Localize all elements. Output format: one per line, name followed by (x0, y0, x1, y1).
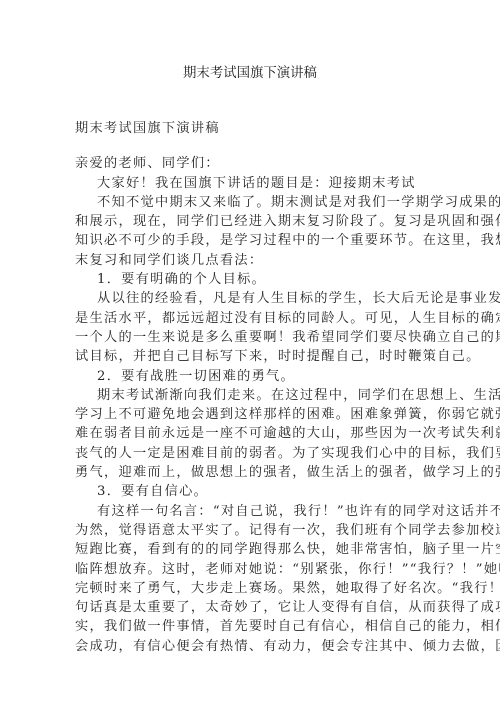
paragraph-line: 学习上不可避免地会遇到这样那样的困难。困难象弹簧，你弱它就强。困 (75, 405, 424, 424)
paragraph-line: 和展示，现在，同学们已经进入期末复习阶段了。复习是巩固和强化所学 (75, 212, 424, 231)
subtitle-line: 期末考试国旗下演讲稿 (75, 119, 424, 138)
paragraph-line: 短跑比赛，看到有的的同学跑得那么快，她非常害怕，脑子里一片空白， (75, 540, 424, 559)
paragraph-line: 临阵想放弃。这时，老师对她说：“别紧张，你行！”“我行？！”她听 (75, 560, 424, 579)
document-title: 期末考试国旗下演讲稿 (0, 65, 500, 83)
paragraph-line: 句话真是太重要了，太奇妙了，它让人变得有自信，从而获得了成功。其 (75, 598, 424, 617)
paragraph-line: 实，我们做一件事情，首先要时自己有信心，相信自己的能力，相信自己 (75, 617, 424, 636)
paragraph-line: 完顿时来了勇气，大步走上赛场。果然，她取得了好名次。“我行！”这 (75, 579, 424, 598)
salutation-line: 亲爱的老师、同学们： (75, 154, 424, 173)
paragraph-line: 试目标，并把自己目标写下来，时时提醒自己，时时鞭策自己。 (75, 347, 424, 366)
paragraph-line: 是生活水平，都远远超过没有目标的同龄人。可见，人生目标的确定，对 (75, 309, 424, 328)
paragraph-line: 勇气，迎难而上，做思想上的强者，做生活上的强者，做学习上的强者。 (75, 463, 424, 482)
document-body: 期末考试国旗下演讲稿 亲爱的老师、同学们： 大家好！我在国旗下讲话的题目是：迎接… (75, 119, 424, 656)
paragraph-line: 从以往的经验看，凡是有人生目标的学生，长大后无论是事业发展还 (75, 289, 424, 308)
section-heading-1: 1．要有明确的个人目标。 (75, 270, 424, 289)
paragraph-line: 期末考试渐渐向我们走来。在这过程中，同学们在思想上、生活上、 (75, 386, 424, 405)
section-heading-3: 3．要有自信心。 (75, 482, 424, 501)
paragraph-line: 为然，觉得语意太平实了。记得有一次，我们班有个同学去参加校运会的 (75, 521, 424, 540)
spacer (75, 138, 424, 154)
paragraph-line: 不知不觉中期末又来临了。期末测试是对我们一学期学习成果的检验 (75, 193, 424, 212)
paragraph-line: 会成功，有信心便会有热情、有动力，便会专注其中、倾力去做，因而成 (75, 637, 424, 656)
paragraph-line: 末复习和同学们谈几点看法： (75, 251, 424, 270)
paragraph-line: 一个人的一生来说是多么重要啊！我希望同学们要尽快确立自己的期末考 (75, 328, 424, 347)
section-heading-2: 2．要有战胜一切困难的勇气。 (75, 367, 424, 386)
document-page: 期末考试国旗下演讲稿 期末考试国旗下演讲稿 亲爱的老师、同学们： 大家好！我在国… (0, 0, 500, 707)
paragraph-line: 丧气的人一定是困难目前的弱者。为了实现我们心中的目标，我们要鼓足 (75, 444, 424, 463)
paragraph-line: 难在弱者目前永远是一座不可逾越的大山，那些因为一次考试失利就垂头 (75, 424, 424, 443)
paragraph-line: 知识必不可少的手段，是学习过程中的一个重要环节。在这里，我想就期 (75, 231, 424, 250)
paragraph-line: 大家好！我在国旗下讲话的题目是：迎接期末考试 (75, 174, 424, 193)
paragraph-line: 有这样一句名言：“对自己说，我行！”也许有的同学对这话并不以 (75, 502, 424, 521)
